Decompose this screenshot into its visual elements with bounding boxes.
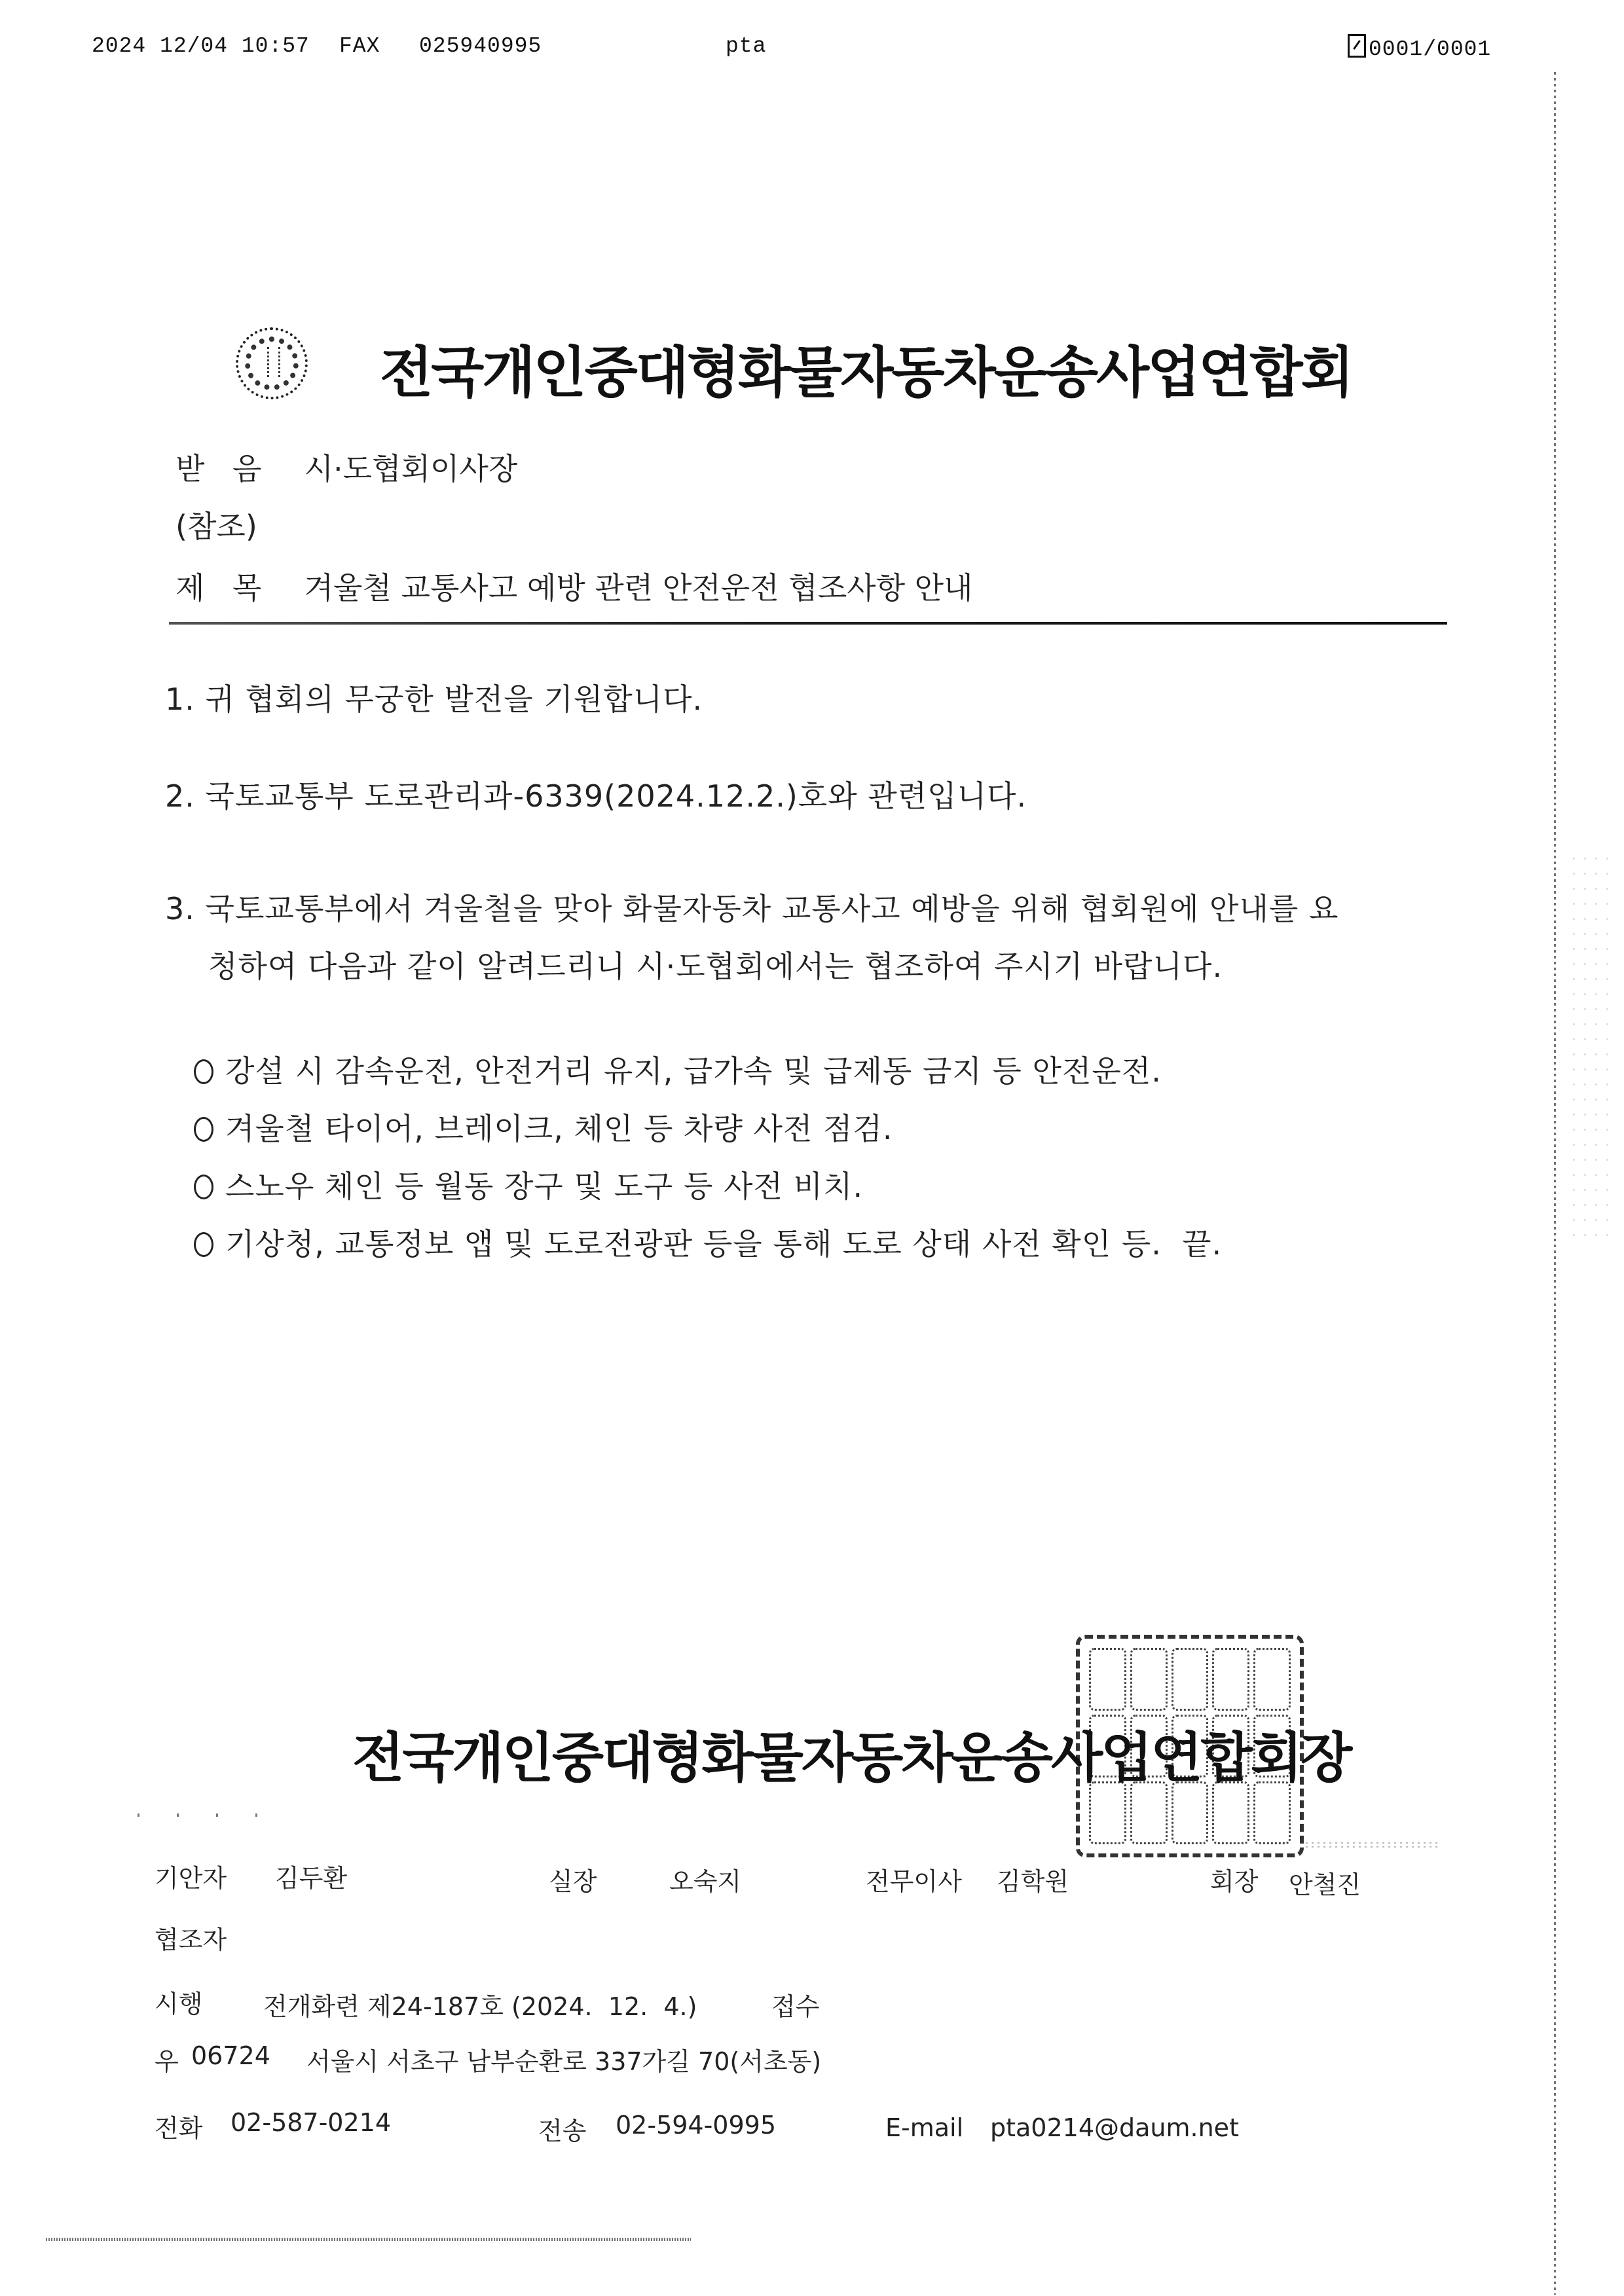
item-text: 국토교통부에서 겨울철을 맞아 화물자동차 교통사고 예방을 위해 협회원에 안… — [206, 891, 1339, 926]
recipient-label: 받 음 — [175, 445, 295, 488]
circle-bullet-icon — [194, 1175, 213, 1199]
subject-value: 겨울철 교통사고 예방 관련 안전운전 협조사항 안내 — [304, 570, 973, 606]
scan-noise-artifact — [1568, 851, 1608, 1244]
recipient-value: 시·도협회이사장 — [304, 451, 518, 486]
bullet-item: 겨울철 타이어, 브레이크, 체인 등 차량 사전 점검. — [194, 1105, 893, 1148]
bullet-text: 강설 시 감속운전, 안전거리 유지, 급가속 및 급제동 금지 등 안전운전. — [225, 1053, 1162, 1089]
organization-title: 전국개인중대형화물자동차운송사업연합회 — [380, 329, 1352, 408]
body-item-3: 3. 국토교통부에서 겨울철을 맞아 화물자동차 교통사고 예방을 위해 협회원… — [165, 885, 1338, 928]
seal-smudge-artifact — [1304, 1841, 1441, 1848]
circle-bullet-icon — [194, 1232, 213, 1257]
phone-number: 02-587-0214 — [231, 2108, 391, 2137]
fax-number: 025940995 — [419, 34, 542, 58]
bullet-text: 겨울철 타이어, 브레이크, 체인 등 차량 사전 점검. — [225, 1111, 893, 1146]
signature-title: 전국개인중대형화물자동차운송사업연합회장 — [352, 1715, 1350, 1792]
fax-type: FAX — [339, 34, 380, 58]
receipt-label: 접수 — [771, 1986, 819, 2022]
scan-dots-artifact — [138, 1813, 347, 1817]
president-name: 안철진 — [1289, 1865, 1361, 1901]
bullet-item: 강설 시 감속운전, 안전거리 유지, 급가속 및 급제동 금지 등 안전운전. — [194, 1048, 1162, 1091]
fax-sender-id: pta — [726, 34, 766, 58]
fax-datetime: 2024 12/04 10:57 — [92, 34, 310, 58]
body-item-2: 2. 국토교통부 도로관리과-6339(2024.12.2.)호와 관련입니다. — [165, 773, 1027, 816]
enforcement-doc-number: 전개화련 제24-187호 (2024. 12. 4.) — [263, 1986, 697, 2022]
header-divider — [169, 622, 1447, 625]
fax-number-contact: 02-594-0995 — [616, 2111, 776, 2140]
bullet-text: 스노우 체인 등 월동 장구 및 도구 등 사전 비치. — [225, 1169, 863, 1204]
email-address: pta0214@daum.net — [990, 2113, 1239, 2142]
subject-row: 제 목 겨울철 교통사고 예방 관련 안전운전 협조사항 안내 — [175, 564, 973, 608]
postal-code: 06724 — [191, 2041, 270, 2070]
fax-page-info: 0001/0001 — [1348, 34, 1491, 62]
item-text: 국토교통부 도로관리과-6339(2024.12.2.)호와 관련입니다. — [206, 778, 1027, 814]
bullet-item: 스노우 체인 등 월동 장구 및 도구 등 사전 비치. — [194, 1163, 863, 1206]
bottom-scan-line — [46, 2238, 691, 2241]
item-number: 3. — [165, 891, 195, 926]
body-item-1: 1. 귀 협회의 무궁한 발전을 기원합니다. — [165, 676, 703, 719]
fax-page-indicator: 0001/0001 — [1369, 37, 1491, 62]
body-item-3-continuation: 청하여 다음과 같이 알려드리니 시·도협회에서는 협조하여 주시기 바랍니다. — [208, 943, 1223, 986]
manager-label: 실장 — [549, 1861, 597, 1897]
item-number: 2. — [165, 778, 195, 814]
fax-page-icon — [1348, 34, 1366, 58]
email-label: E-mail — [885, 2113, 963, 2142]
circle-bullet-icon — [194, 1117, 213, 1142]
drafter-name: 김두환 — [275, 1858, 347, 1894]
phone-label: 전화 — [155, 2108, 202, 2144]
postal-label: 우 — [155, 2041, 179, 2077]
director-name: 김학원 — [997, 1861, 1069, 1897]
president-label: 회장 — [1210, 1861, 1258, 1897]
cooperator-label: 협조자 — [155, 1920, 227, 1956]
item-text: 귀 협회의 무궁한 발전을 기원합니다. — [206, 682, 703, 717]
subject-label: 제 목 — [175, 564, 295, 608]
bullet-item: 기상청, 교통정보 앱 및 도로전광판 등을 통해 도로 상태 사전 확인 등.… — [194, 1220, 1222, 1264]
director-label: 전무이사 — [866, 1861, 962, 1897]
address: 서울시 서초구 남부순환로 337가길 70(서초동) — [306, 2041, 821, 2077]
drafter-label: 기안자 — [155, 1858, 227, 1894]
association-emblem-icon — [236, 327, 308, 399]
bullet-text: 기상청, 교통정보 앱 및 도로전광판 등을 통해 도로 상태 사전 확인 등.… — [225, 1226, 1222, 1262]
manager-name: 오숙지 — [669, 1861, 741, 1897]
circle-bullet-icon — [194, 1059, 213, 1084]
recipient-row: 받 음 시·도협회이사장 — [175, 445, 517, 488]
item-number: 1. — [165, 682, 195, 717]
fax-header: 2024 12/04 10:57 FAX 025940995 pta 0001/… — [0, 34, 1624, 67]
enforcement-label: 시행 — [155, 1984, 202, 2020]
reference-row: (참조) — [175, 503, 257, 546]
fax-label: 전송 — [538, 2111, 586, 2147]
reference-label: (참조) — [175, 509, 257, 544]
scan-edge-artifact — [1554, 72, 1556, 2295]
